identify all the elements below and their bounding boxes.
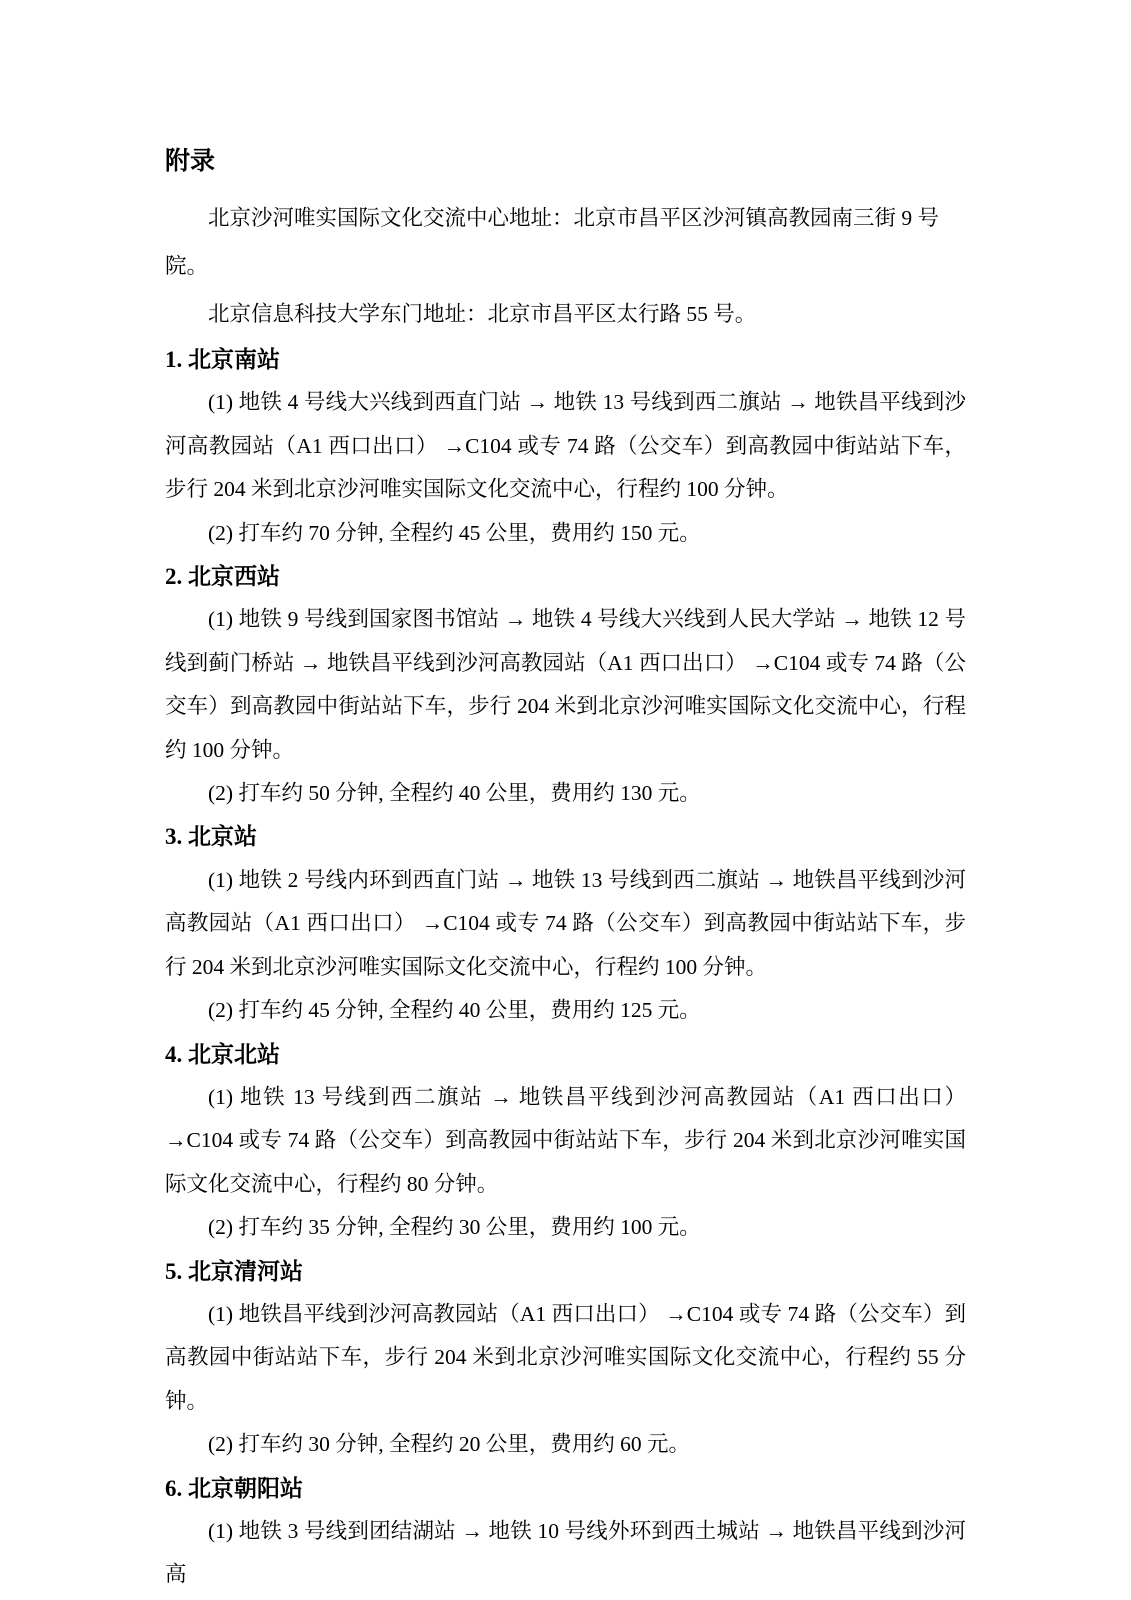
section-beijing-chaoyang-station: 6. 北京朝阳站 (1) 地铁 3 号线到团结湖站 → 地铁 10 号线外环到西… — [165, 1467, 966, 1597]
taxi-info-paragraph: (2) 打车约 35 分钟, 全程约 30 公里，费用约 100 元。 — [165, 1206, 966, 1249]
document-page: 附录 北京沙河唯实国际文化交流中心地址：北京市昌平区沙河镇高教园南三街 9 号院… — [165, 146, 966, 1597]
taxi-info-paragraph: (2) 打车约 70 分钟, 全程约 45 公里，费用约 150 元。 — [165, 512, 966, 555]
route-directions-paragraph: (1) 地铁 13 号线到西二旗站 → 地铁昌平线到沙河高教园站（A1 西口出口… — [165, 1076, 966, 1206]
section-heading: 6. 北京朝阳站 — [165, 1467, 966, 1510]
section-heading: 3. 北京站 — [165, 815, 966, 858]
section-beijing-north-station: 4. 北京北站 (1) 地铁 13 号线到西二旗站 → 地铁昌平线到沙河高教园站… — [165, 1033, 966, 1250]
taxi-info-paragraph: (2) 打车约 50 分钟, 全程约 40 公里，费用约 130 元。 — [165, 772, 966, 815]
taxi-info-paragraph: (2) 打车约 45 分钟, 全程约 40 公里，费用约 125 元。 — [165, 989, 966, 1032]
section-heading: 2. 北京西站 — [165, 555, 966, 598]
route-directions-paragraph: (1) 地铁 2 号线内环到西直门站 → 地铁 13 号线到西二旗站 → 地铁昌… — [165, 859, 966, 989]
route-directions-paragraph: (1) 地铁昌平线到沙河高教园站（A1 西口出口） →C104 或专 74 路（… — [165, 1293, 966, 1423]
appendix-title: 附录 — [165, 146, 966, 178]
section-beijing-south-station: 1. 北京南站 (1) 地铁 4 号线大兴线到西直门站 → 地铁 13 号线到西… — [165, 338, 966, 555]
route-directions-paragraph: (1) 地铁 9 号线到国家图书馆站 → 地铁 4 号线大兴线到人民大学站 → … — [165, 598, 966, 772]
section-beijing-qinghe-station: 5. 北京清河站 (1) 地铁昌平线到沙河高教园站（A1 西口出口） →C104… — [165, 1250, 966, 1467]
section-heading: 4. 北京北站 — [165, 1033, 966, 1076]
route-directions-paragraph-truncated: (1) 地铁 3 号线到团结湖站 → 地铁 10 号线外环到西土城站 → 地铁昌… — [165, 1510, 966, 1597]
taxi-info-paragraph: (2) 打车约 30 分钟, 全程约 20 公里，费用约 60 元。 — [165, 1423, 966, 1466]
section-beijing-station: 3. 北京站 (1) 地铁 2 号线内环到西直门站 → 地铁 13 号线到西二旗… — [165, 815, 966, 1032]
section-heading: 5. 北京清河站 — [165, 1250, 966, 1293]
address-university-east-gate: 北京信息科技大学东门地址：北京市昌平区太行路 55 号。 — [165, 290, 966, 338]
section-heading: 1. 北京南站 — [165, 338, 966, 381]
address-exchange-center: 北京沙河唯实国际文化交流中心地址：北京市昌平区沙河镇高教园南三街 9 号院。 — [165, 194, 966, 290]
route-directions-paragraph: (1) 地铁 4 号线大兴线到西直门站 → 地铁 13 号线到西二旗站 → 地铁… — [165, 381, 966, 511]
section-beijing-west-station: 2. 北京西站 (1) 地铁 9 号线到国家图书馆站 → 地铁 4 号线大兴线到… — [165, 555, 966, 815]
